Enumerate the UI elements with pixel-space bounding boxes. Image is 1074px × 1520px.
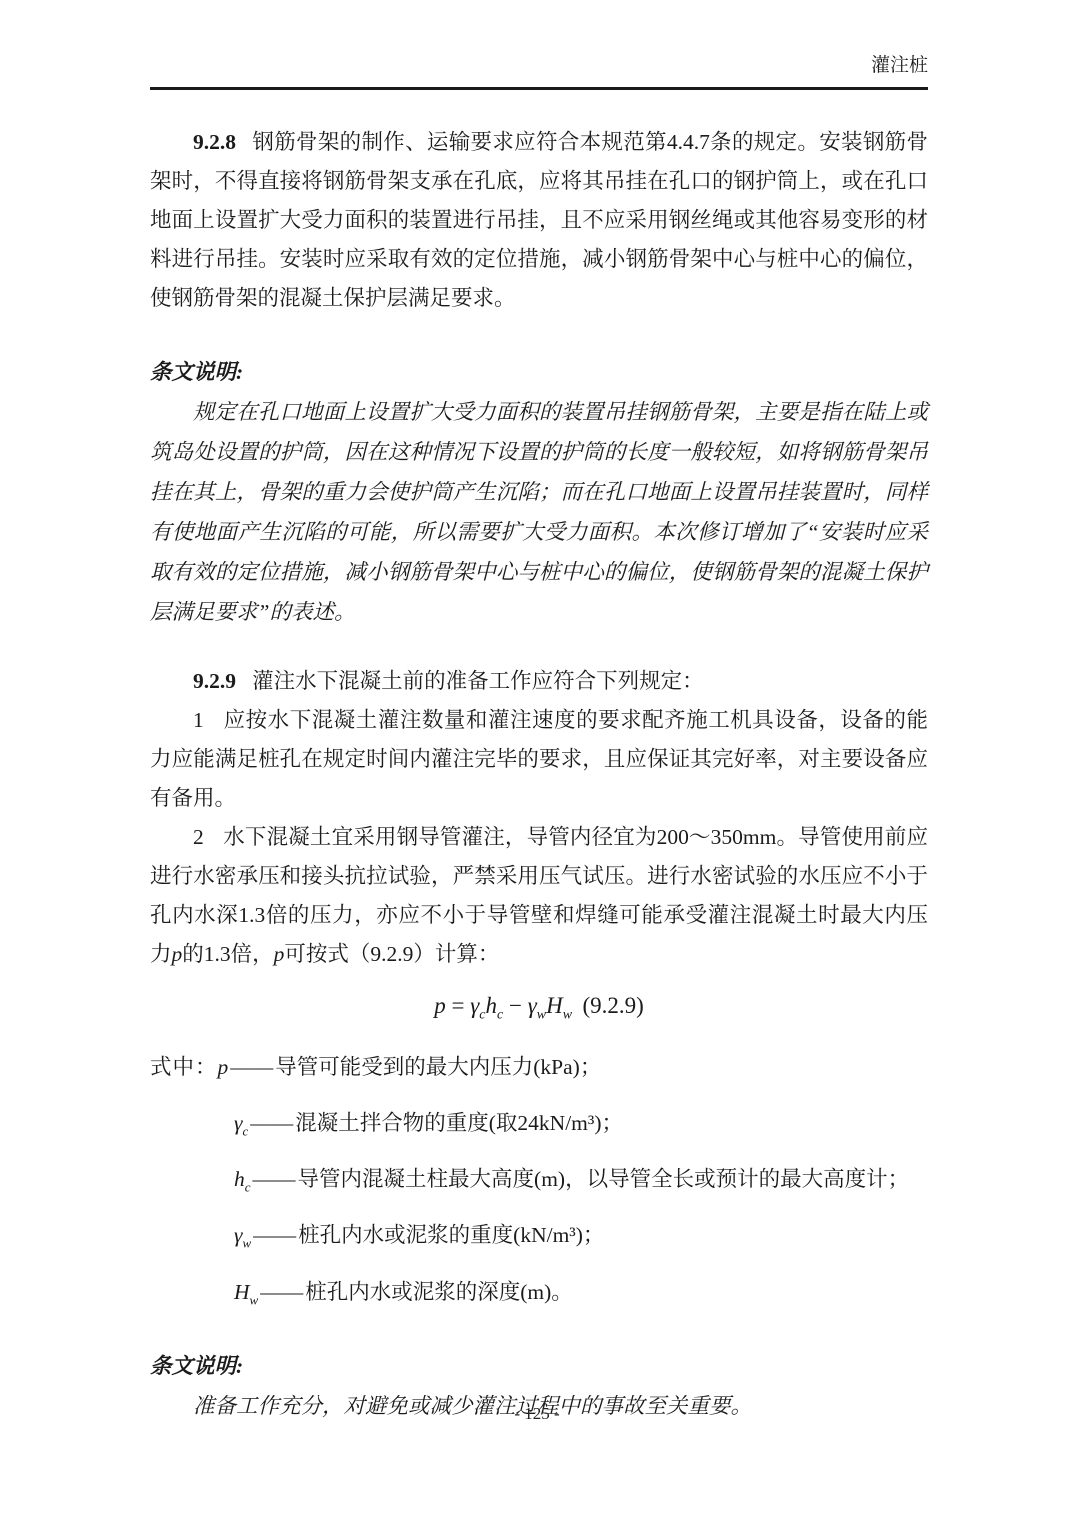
em-dash: —— <box>248 1111 295 1135</box>
subscript-w: w <box>537 1008 546 1023</box>
symbol-gamma-w: γw <box>234 1223 251 1247</box>
definition-text: 桩孔内水或泥浆的深度(m)。 <box>305 1280 573 1304</box>
equation-9-2-9: p = γchc − γwHw(9.2.9) <box>150 989 928 1033</box>
clause-9-2-9-item-2: 2水下混凝土宜采用钢导管灌注，导管内径宜为200～350mm。导管使用前应进行水… <box>150 818 928 974</box>
clause-number: 9.2.9 <box>193 669 252 693</box>
definition-text: 导管可能受到的最大内压力(kPa)； <box>275 1055 601 1079</box>
clause-9-2-8-paragraph: 9.2.8钢筋骨架的制作、运输要求应符合本规范第4.4.7条的规定。安装钢筋骨架… <box>150 123 928 318</box>
clause-9-2-8-text: 钢筋骨架的制作、运输要求应符合本规范第4.4.7条的规定。安装钢筋骨架时，不得直… <box>150 130 928 310</box>
symbol-p: p <box>218 1055 229 1079</box>
variable-p: p <box>172 942 183 966</box>
commentary-label-1: 条文说明: <box>150 352 928 392</box>
em-dash: —— <box>228 1055 275 1079</box>
gamma-w-symbol: γ <box>528 993 537 1018</box>
equals-sign: = <box>446 993 470 1018</box>
clause-9-2-9-heading: 9.2.9灌注水下混凝土前的准备工作应符合下列规定： <box>150 662 928 701</box>
em-dash: —— <box>251 1223 298 1247</box>
symbol-gamma-c: γc <box>234 1111 248 1135</box>
definition-text: 桩孔内水或泥浆的重度(kN/m³)； <box>298 1223 604 1247</box>
page-number: - 125 - <box>0 1404 1074 1424</box>
where-label: 式中： <box>150 1055 218 1079</box>
subscript-w: w <box>563 1008 572 1023</box>
item-2-text-c: 可按式（9.2.9）计算： <box>284 942 499 966</box>
running-head-title: 灌注桩 <box>871 55 928 76</box>
symbol-definitions: 式中：p——导管可能受到的最大内压力(kPa)； γc——混凝土拌合物的重度(取… <box>150 1043 928 1324</box>
item-number: 2 <box>193 825 223 849</box>
gamma-c-symbol: γ <box>470 993 479 1018</box>
page-header: 灌注桩 <box>150 54 928 90</box>
item-2-text-b: 的1.3倍， <box>182 942 273 966</box>
definition-row-h-c: hc——导管内混凝土柱最大高度(m)，以导管全长或预计的最大高度计； <box>150 1155 928 1211</box>
definition-row-H-w: Hw——桩孔内水或泥浆的深度(m)。 <box>150 1268 928 1324</box>
equation-number: (9.2.9) <box>572 993 644 1018</box>
item-1-text: 应按水下混凝土灌注数量和灌注速度的要求配齐施工机具设备，设备的能力应能满足桩孔在… <box>150 708 928 810</box>
definition-row-gamma-w: γw——桩孔内水或泥浆的重度(kN/m³)； <box>150 1211 928 1267</box>
symbol-h-c: hc <box>234 1167 251 1191</box>
document-page: 灌注桩 9.2.8钢筋骨架的制作、运输要求应符合本规范第4.4.7条的规定。安装… <box>0 54 1074 1426</box>
definition-row-p: 式中：p——导管可能受到的最大内压力(kPa)； <box>150 1043 928 1099</box>
variable-p: p <box>274 942 285 966</box>
clause-9-2-9-text: 灌注水下混凝土前的准备工作应符合下列规定： <box>252 669 704 693</box>
symbol-H-w: Hw <box>234 1280 258 1304</box>
H-w-symbol: H <box>546 993 563 1018</box>
item-number: 1 <box>193 708 223 732</box>
definition-row-gamma-c: γc——混凝土拌合物的重度(取24kN/m³)； <box>150 1099 928 1155</box>
h-c-symbol: h <box>486 993 498 1018</box>
em-dash: —— <box>251 1167 298 1191</box>
commentary-text-1: 规定在孔口地面上设置扩大受力面积的装置吊挂钢筋骨架，主要是指在陆上或筑岛处设置的… <box>150 392 928 632</box>
definition-text: 混凝土拌合物的重度(取24kN/m³)； <box>295 1111 623 1135</box>
em-dash: —— <box>258 1280 305 1304</box>
commentary-label-2: 条文说明: <box>150 1346 928 1386</box>
definition-text: 导管内混凝土柱最大高度(m)，以导管全长或预计的最大高度计； <box>298 1167 910 1191</box>
formula-lhs: p <box>434 993 446 1018</box>
clause-9-2-9-item-1: 1应按水下混凝土灌注数量和灌注速度的要求配齐施工机具设备，设备的能力应能满足桩孔… <box>150 701 928 818</box>
minus-sign: − <box>503 993 527 1018</box>
clause-number: 9.2.8 <box>193 130 252 154</box>
